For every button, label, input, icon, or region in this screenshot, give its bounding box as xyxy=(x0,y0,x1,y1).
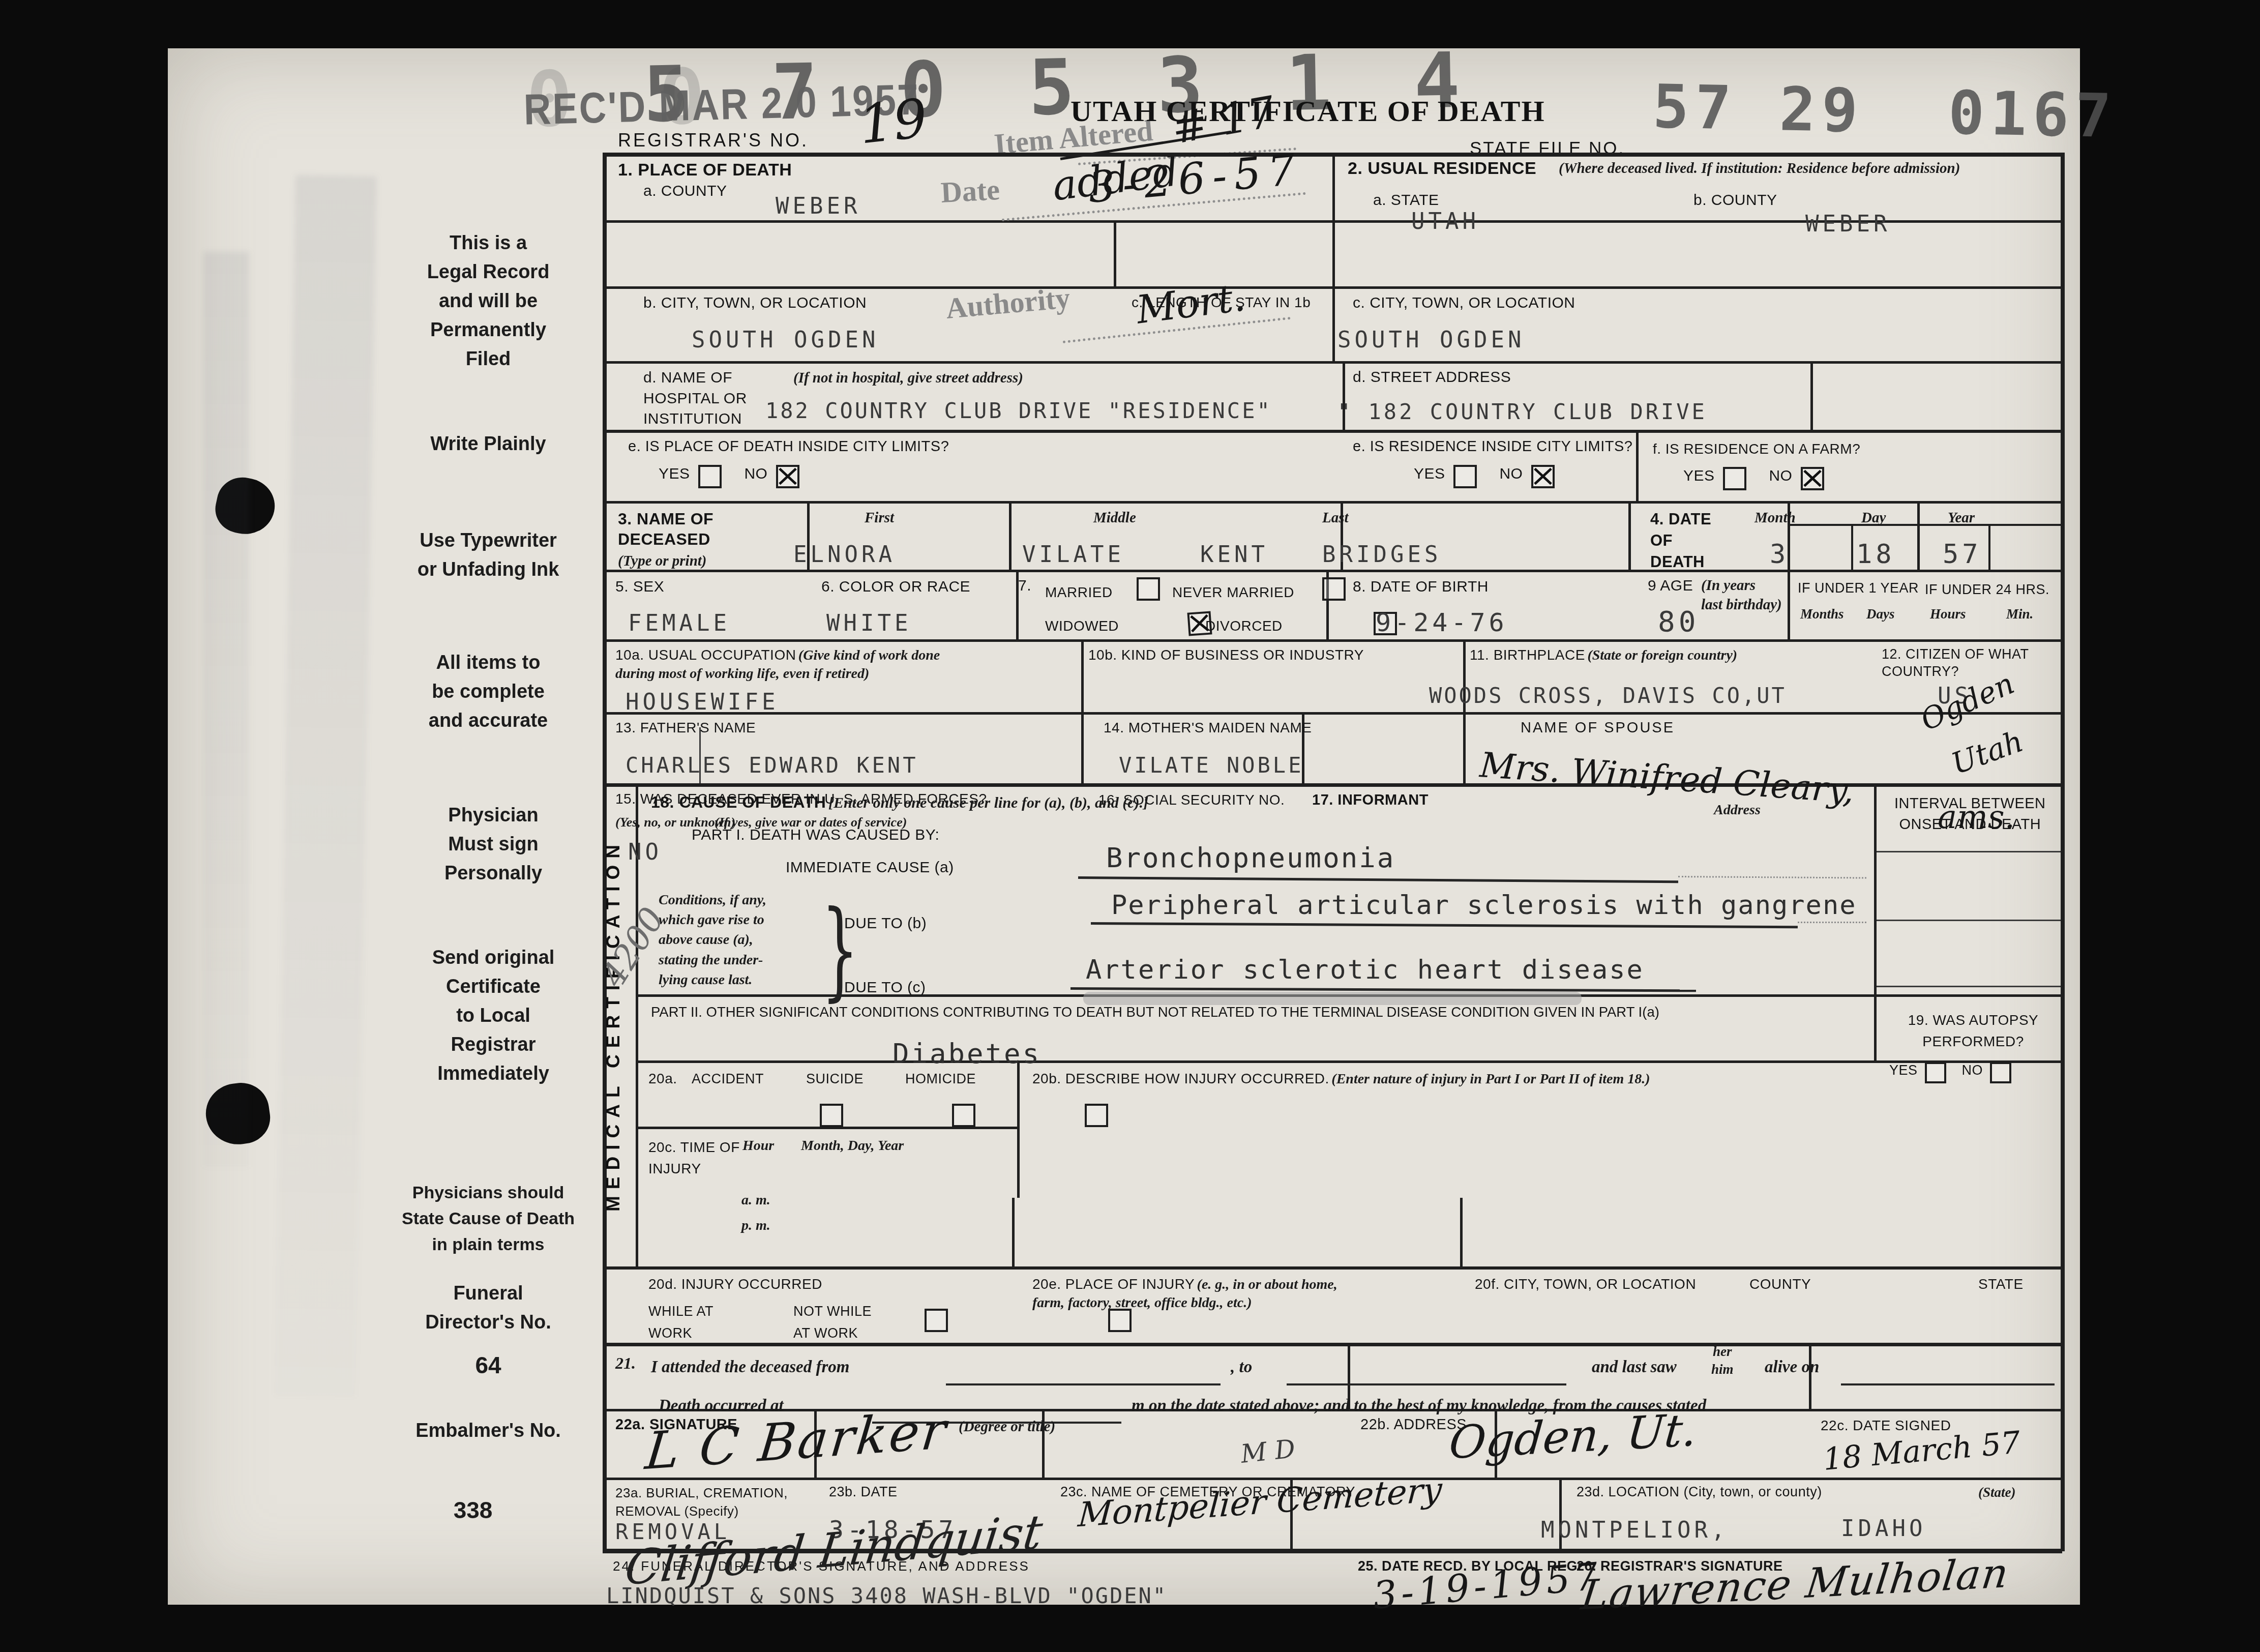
item2c-value: SOUTH OGDEN xyxy=(1337,327,1525,353)
checkbox-yes xyxy=(1925,1062,1946,1083)
scan-smudge xyxy=(203,252,249,1167)
item20e-label: 20e. PLACE OF INJURY xyxy=(1032,1276,1195,1292)
her-label: her xyxy=(1711,1343,1734,1361)
item1d-value: 182 COUNTRY CLUB DRIVE "RESIDENCE" xyxy=(765,398,1272,423)
item20a-num: 20a. xyxy=(648,1070,677,1087)
item19-checkgroup: YES NO xyxy=(1889,1062,2011,1083)
name-middle-header: Middle xyxy=(1093,509,1136,528)
item13-value: CHARLES EDWARD KENT xyxy=(626,753,918,778)
ampm-label: a. m. p. m. xyxy=(741,1188,770,1239)
item20d-label: 20d. INJURY OCCURRED xyxy=(648,1275,822,1293)
cause-a-line xyxy=(1078,876,1678,883)
checkbox-homicide xyxy=(1085,1104,1108,1127)
under-24-hrs-label: IF UNDER 24 HRS. xyxy=(1925,581,2049,599)
item1-title: 1. PLACE OF DEATH xyxy=(618,159,792,181)
item23d-label: 23d. LOCATION (City, town, or county) xyxy=(1577,1484,1822,1501)
item23a-label: 23a. BURIAL, CREMATION, REMOVAL (Specify… xyxy=(615,1484,788,1521)
item20b-label: 20b. DESCRIBE HOW INJURY OCCURRED. xyxy=(1032,1071,1329,1086)
medical-certification-label: MEDICAL CERTIFICATION xyxy=(603,783,635,1266)
item2d-value: " 182 COUNTRY CLUB DRIVE xyxy=(1337,399,1707,424)
month-header: Month xyxy=(1755,509,1796,528)
item2f-label: f. IS RESIDENCE ON A FARM? xyxy=(1653,440,1860,458)
item20f-label: 20f. CITY, TOWN, OR LOCATION xyxy=(1475,1275,1696,1293)
item3-title: 3. NAME OF DECEASED xyxy=(618,509,713,549)
item22c-label: 22c. DATE SIGNED xyxy=(1821,1417,1951,1434)
no-label: NO xyxy=(744,465,767,482)
item9-value: 80 xyxy=(1658,605,1699,638)
item2d-label: d. STREET ADDRESS xyxy=(1353,368,1511,387)
checkbox-no-checked xyxy=(776,465,799,488)
death-year-value: 57 xyxy=(1943,539,1982,570)
item14-value: VILATE NOBLE xyxy=(1119,753,1303,778)
item1a-value: WEBER xyxy=(776,193,860,219)
cause-b-dotline xyxy=(1798,922,1866,923)
her-him-stack: her him xyxy=(1711,1343,1734,1378)
hour-label: Hour xyxy=(742,1137,774,1155)
item21-text1: I attended the deceased from xyxy=(651,1356,849,1378)
name-middle-value: VILATE xyxy=(1022,542,1124,568)
not-while-at-work-label: NOT WHILE AT WORK xyxy=(793,1301,872,1344)
margin-note-send-original: Send original Certificate to Local Regis… xyxy=(386,943,600,1088)
interval-header: INTERVAL BETWEEN ONSET AND DEATH xyxy=(1894,793,2046,835)
item2e-label: e. IS RESIDENCE INSIDE CITY LIMITS? xyxy=(1353,437,1632,456)
spouse-state-hand: Utah xyxy=(1947,724,2028,781)
item9-label: 9 AGE xyxy=(1648,576,1693,596)
item20b-hint: (Enter nature of injury in Part I or Par… xyxy=(1331,1071,1650,1087)
yes-label: YES xyxy=(1414,465,1445,482)
blank-line xyxy=(1841,1383,2055,1385)
immediate-cause-label: IMMEDIATE CAUSE (a) xyxy=(786,858,954,877)
item1b-label: b. CITY, TOWN, OR LOCATION xyxy=(643,293,867,313)
margin-note-embalmer-no: Embalmer's No. xyxy=(381,1417,595,1445)
hours-header: Hours xyxy=(1930,605,1966,623)
item20c-label: 20c. TIME OF INJURY xyxy=(648,1137,740,1179)
yes-label: YES xyxy=(659,465,690,482)
item8-label: 8. DATE OF BIRTH xyxy=(1353,577,1489,597)
state-hint: (State) xyxy=(1978,1484,2016,1501)
suicide-label: SUICIDE xyxy=(806,1071,864,1088)
checkbox-yes xyxy=(698,465,722,488)
item10a-label: 10a. USUAL OCCUPATION xyxy=(615,647,796,663)
registrar-no-label: REGISTRAR'S NO. xyxy=(618,129,809,152)
spouse-name-hand: Mrs. Winifred Cleary, xyxy=(1478,745,1855,811)
due-to-c-label: DUE TO (c) xyxy=(844,978,926,997)
blank-line xyxy=(1287,1383,1566,1385)
item11-value: WOODS CROSS, DAVIS CO,UT xyxy=(1429,683,1787,708)
item10b-label: 10b. KIND OF BUSINESS OR INDUSTRY xyxy=(1088,646,1364,664)
item2f-checkgroup: YES NO xyxy=(1683,466,1824,490)
item18-title: 18. CAUSE OF DEATH xyxy=(651,793,826,811)
item2b-label: b. COUNTY xyxy=(1693,191,1777,210)
cause-b-line xyxy=(1091,922,1798,928)
days-header: Days xyxy=(1866,605,1895,623)
part2-label: PART II. OTHER SIGNIFICANT CONDITIONS CO… xyxy=(651,1004,1659,1021)
year-header: Year xyxy=(1948,509,1975,528)
degree-value-hand: M D xyxy=(1239,1434,1297,1469)
margin-note-funeral-director-no: Funeral Director's No. xyxy=(381,1279,595,1337)
cause-a-value: Bronchopneumonia xyxy=(1106,842,1395,874)
no-label: NO xyxy=(1499,465,1523,482)
item2a-value: UTAH xyxy=(1411,209,1479,234)
married-label: MARRIED xyxy=(1045,583,1113,601)
month-day-year-label: Month, Day, Year xyxy=(801,1137,904,1155)
item1a-label: a. COUNTY xyxy=(643,182,727,201)
never-married-label: NEVER MARRIED xyxy=(1172,583,1294,601)
date-stamp: Date xyxy=(940,172,1000,210)
item12-label: 12. CITIZEN OF WHAT COUNTRY? xyxy=(1882,646,2080,681)
margin-note-legal-record: This is a Legal Record and will be Perma… xyxy=(381,229,595,374)
him-label: him xyxy=(1711,1361,1734,1378)
item5-label: 5. SEX xyxy=(615,577,664,597)
name-last-header: Last xyxy=(1322,509,1349,528)
no-label: NO xyxy=(1769,467,1792,484)
checkbox-no xyxy=(1990,1062,2011,1083)
item11-label: 11. BIRTHPLACE xyxy=(1470,647,1585,663)
margin-note-plain-terms: Physicians should State Cause of Death i… xyxy=(361,1180,615,1258)
item13-label: 13. FATHER'S NAME xyxy=(615,719,756,736)
no-label: NO xyxy=(1961,1063,1983,1078)
item6-value: WHITE xyxy=(826,610,911,636)
item21-num: 21. xyxy=(615,1353,636,1374)
item2b-value: WEBER xyxy=(1805,211,1890,237)
location-city-value: MONTPELIOR, xyxy=(1541,1517,1728,1543)
checkbox-while-at-work xyxy=(925,1309,948,1332)
item21-text2: , to xyxy=(1231,1356,1252,1378)
item10a-value: HOUSEWIFE xyxy=(626,689,779,715)
item19-label: 19. WAS AUTOPSY PERFORMED? xyxy=(1897,1010,2049,1052)
yes-label: YES xyxy=(1683,467,1715,484)
accident-label: ACCIDENT xyxy=(692,1071,764,1088)
item17-label: 17. INFORMANT xyxy=(1312,791,1429,809)
item3-hint: (Type or print) xyxy=(618,552,707,571)
name-kent-value: KENT xyxy=(1200,542,1268,568)
checkbox-yes xyxy=(1723,467,1746,490)
yes-label: YES xyxy=(1889,1063,1918,1078)
registrar-no-value: 19 xyxy=(856,87,931,156)
checkbox-married xyxy=(1137,577,1160,601)
item24-typed-address: LINDQUIST & SONS 3408 WASH-BLVD "OGDEN" xyxy=(606,1583,1167,1608)
under-1-year-label: IF UNDER 1 YEAR xyxy=(1798,580,1919,597)
checkbox-no-checked xyxy=(1801,467,1824,490)
name-first-value: ELNORA xyxy=(793,542,896,568)
checkbox-never-married xyxy=(1322,577,1346,601)
part2-value: Diabetes xyxy=(893,1038,1041,1070)
item1b-value: SOUTH OGDEN xyxy=(692,327,879,353)
certificate-title: UTAH CERTIFICATE OF DEATH xyxy=(1070,94,1545,128)
divorced-label: DIVORCED xyxy=(1205,617,1283,635)
item23b-label: 23b. DATE xyxy=(829,1484,898,1501)
checkbox-yes xyxy=(1453,465,1477,488)
item21-text3: and last saw xyxy=(1592,1356,1677,1378)
item1e-label: e. IS PLACE OF DEATH INSIDE CITY LIMITS? xyxy=(628,437,949,456)
conditions-label: Conditions, if any, which gave rise to a… xyxy=(659,890,766,990)
item1d-label: d. NAME OF HOSPITAL OR INSTITUTION xyxy=(643,368,747,430)
state-file-number-stamp: 57 29 0167 xyxy=(1652,71,2118,151)
item1d-hint: (If not in hospital, give street address… xyxy=(793,369,1023,388)
checkbox-accident xyxy=(820,1104,843,1127)
cause-c-value: Arterior sclerotic heart disease xyxy=(1086,955,1644,985)
due-to-b-label: DUE TO (b) xyxy=(844,914,927,933)
certificate-paper: This is a Legal Record and will be Perma… xyxy=(168,48,2080,1605)
cause-b-value: Peripheral articular sclerosis with gang… xyxy=(1111,890,1857,921)
degree-or-title-label: (Degree or title) xyxy=(959,1418,1055,1437)
margin-note-write-plainly: Write Plainly xyxy=(381,430,595,459)
checkbox-no-checked xyxy=(1531,465,1555,488)
funeral-director-number: 64 xyxy=(381,1348,595,1383)
location-state-value: IDAHO xyxy=(1841,1516,1926,1542)
item11-hint: (State or foreign country) xyxy=(1587,647,1737,663)
embalmer-number: 338 xyxy=(366,1493,580,1528)
item4-title: 4. DATE OF DEATH xyxy=(1650,509,1711,573)
while-at-work-label: WHILE AT WORK xyxy=(648,1301,713,1344)
homicide-label: HOMICIDE xyxy=(905,1071,976,1088)
item21-text4: alive on xyxy=(1765,1356,1819,1378)
margin-note-physician-sign: Physician Must sign Personally xyxy=(386,801,600,888)
cause-a-dotline xyxy=(1678,876,1866,879)
day-header: Day xyxy=(1861,509,1886,528)
part1-label: PART I. DEATH WAS CAUSED BY: xyxy=(692,825,939,845)
item2-title: 2. USUAL RESIDENCE xyxy=(1348,158,1536,180)
item1e-checkgroup: YES NO xyxy=(659,464,799,488)
margin-note-typewriter: Use Typewriter or Unfading Ink xyxy=(381,526,595,584)
item8-value: 9-24-76 xyxy=(1376,608,1508,637)
address-label: Address xyxy=(1714,801,1761,819)
item9-hint: (In years last birthday) xyxy=(1701,576,1782,614)
scanned-death-certificate: This is a Legal Record and will be Perma… xyxy=(0,0,2260,1652)
blank-line xyxy=(946,1383,1221,1385)
months-header: Months xyxy=(1800,605,1844,623)
item18-bracket: [Enter only one cause per line for (a), … xyxy=(828,794,1148,811)
death-month-value: 3 xyxy=(1770,539,1789,570)
death-day-value: 18 xyxy=(1856,539,1895,570)
county-header: COUNTY xyxy=(1749,1275,1811,1293)
spouse-label: NAME OF SPOUSE xyxy=(1521,719,1675,737)
item5-value: FEMALE xyxy=(628,610,730,636)
item2-hint: (Where deceased lived. If institution: R… xyxy=(1559,159,2057,179)
name-first-header: First xyxy=(865,509,894,528)
widowed-label: WIDOWED xyxy=(1045,617,1119,635)
item7-num: 7. xyxy=(1018,576,1031,596)
name-last-value: BRIDGES xyxy=(1322,542,1441,568)
item2e-checkgroup: YES NO xyxy=(1414,464,1555,488)
state-header: STATE xyxy=(1978,1275,2024,1293)
margin-note-complete: All items to be complete and accurate xyxy=(381,648,595,735)
cause-c-line xyxy=(1070,987,1696,992)
item6-label: 6. COLOR OR RACE xyxy=(821,577,970,597)
item2c-label: c. CITY, TOWN, OR LOCATION xyxy=(1353,293,1575,313)
item2a-label: a. STATE xyxy=(1373,191,1439,210)
item14-label: 14. MOTHER'S MAIDEN NAME xyxy=(1104,719,1312,736)
checkbox-suicide xyxy=(952,1104,975,1127)
min-header: Min. xyxy=(2006,605,2033,623)
